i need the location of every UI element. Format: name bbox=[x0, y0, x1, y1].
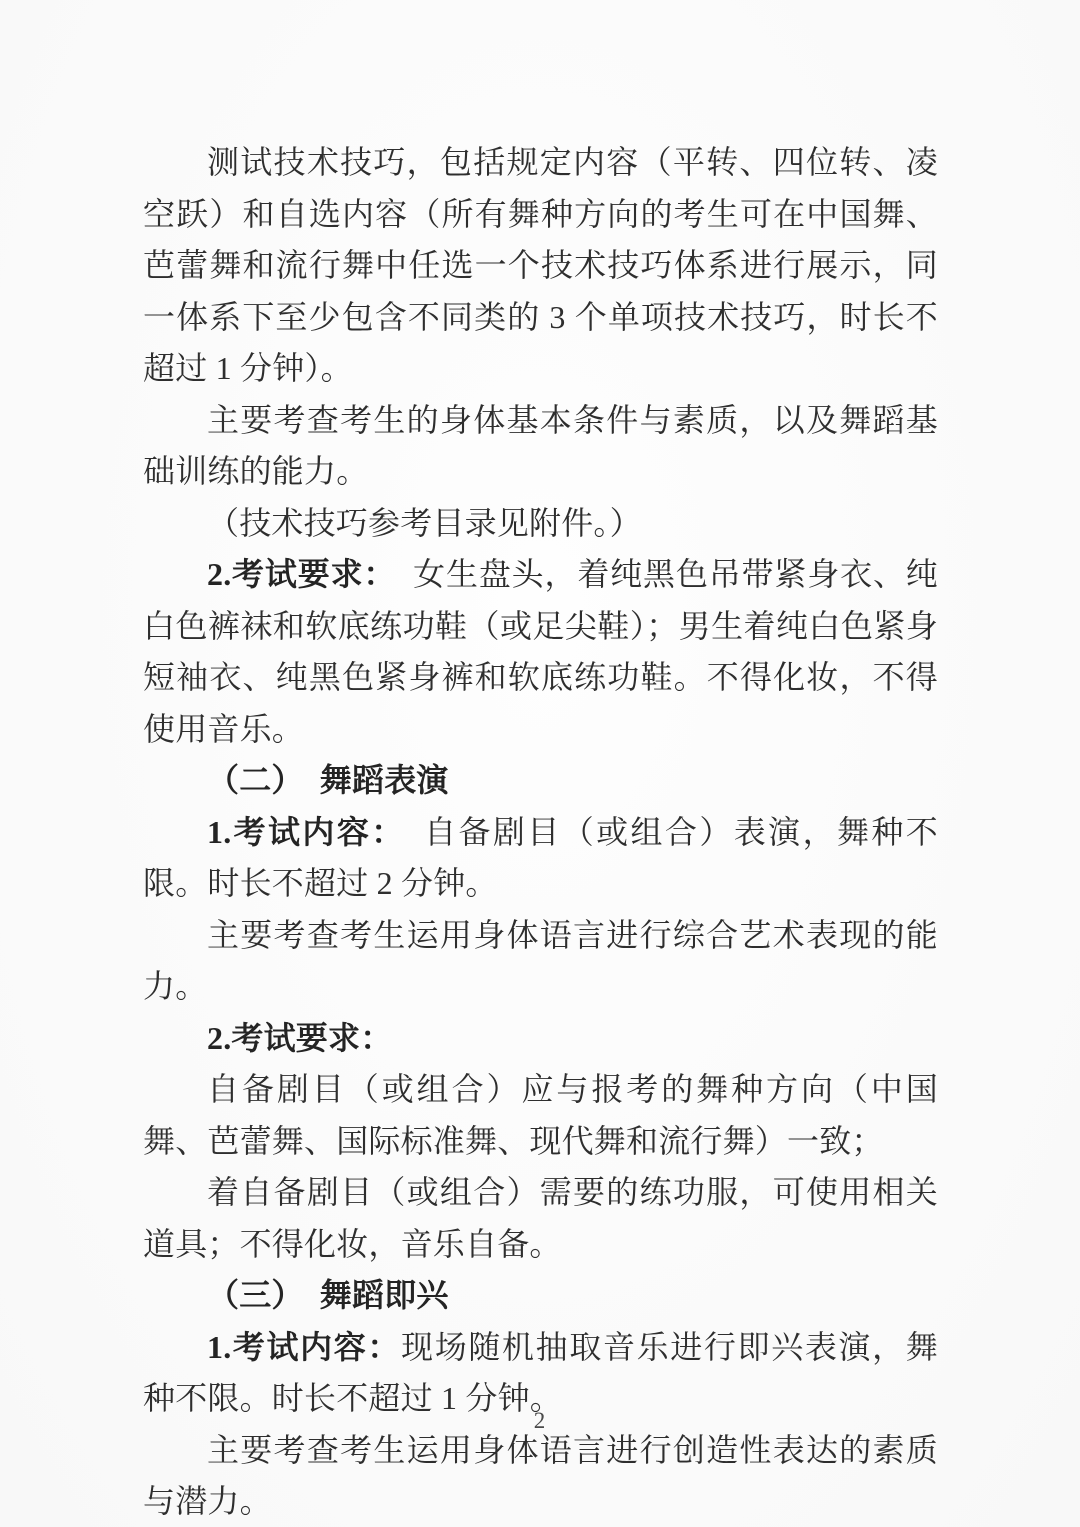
paragraph-text: 主要考查考生的身体基本条件与素质，以及舞蹈基础训练的能力。 bbox=[143, 402, 938, 490]
paragraph: 自备剧目（或组合）应与报考的舞种方向（中国舞、芭蕾舞、国际标准舞、现代舞和流行舞… bbox=[143, 1064, 938, 1167]
paragraph-text: （技术技巧参考目录见附件。） bbox=[207, 505, 642, 541]
paragraph-bold-lead: 1.考试内容： bbox=[207, 814, 390, 850]
paragraph: 主要考查考生的身体基本条件与素质，以及舞蹈基础训练的能力。 bbox=[143, 395, 938, 498]
section-heading: （二） 舞蹈表演 bbox=[143, 755, 938, 807]
section-heading: （三） 舞蹈即兴 bbox=[143, 1270, 938, 1322]
page-number: 2 bbox=[0, 1408, 1080, 1434]
paragraph: 2.考试要求： 女生盘头，着纯黑色吊带紧身衣、纯白色裤袜和软底练功鞋（或足尖鞋）… bbox=[143, 549, 938, 755]
paragraph-bold-lead: （二） 舞蹈表演 bbox=[207, 762, 449, 798]
paragraph-bold-lead: （三） 舞蹈即兴 bbox=[207, 1277, 449, 1313]
paragraph: 着自备剧目（或组合）需要的练功服，可使用相关道具；不得化妆，音乐自备。 bbox=[143, 1167, 938, 1270]
paragraph: 2.考试要求： bbox=[143, 1013, 938, 1065]
paragraph-bold-lead: 2.考试要求： bbox=[207, 1020, 392, 1056]
paragraph-bold-lead: 1.考试内容： bbox=[207, 1329, 401, 1365]
paragraph-text: 着自备剧目（或组合）需要的练功服，可使用相关道具；不得化妆，音乐自备。 bbox=[143, 1174, 938, 1262]
paragraph-text: 测试技术技巧，包括规定内容（平转、四位转、凌空跃）和自选内容（所有舞种方向的考生… bbox=[143, 144, 938, 386]
document-page: 测试技术技巧，包括规定内容（平转、四位转、凌空跃）和自选内容（所有舞种方向的考生… bbox=[0, 0, 1080, 1527]
paragraph-bold-lead: 2.考试要求： bbox=[207, 556, 380, 592]
paragraph: 1.考试内容： 自备剧目（或组合）表演，舞种不限。时长不超过 2 分钟。 bbox=[143, 807, 938, 910]
paragraph: 主要考查考生运用身体语言进行综合艺术表现的能力。 bbox=[143, 910, 938, 1013]
paragraph: （技术技巧参考目录见附件。） bbox=[143, 498, 938, 550]
paragraph-text: 主要考查考生运用身体语言进行创造性表达的素质与潜力。 bbox=[143, 1432, 938, 1520]
paragraph: 主要考查考生运用身体语言进行创造性表达的素质与潜力。 bbox=[143, 1425, 938, 1527]
paragraph-text: 自备剧目（或组合）应与报考的舞种方向（中国舞、芭蕾舞、国际标准舞、现代舞和流行舞… bbox=[143, 1071, 938, 1159]
paragraph: 测试技术技巧，包括规定内容（平转、四位转、凌空跃）和自选内容（所有舞种方向的考生… bbox=[143, 137, 938, 395]
paragraph-text: 主要考查考生运用身体语言进行综合艺术表现的能力。 bbox=[143, 917, 938, 1005]
document-body: 测试技术技巧，包括规定内容（平转、四位转、凌空跃）和自选内容（所有舞种方向的考生… bbox=[143, 137, 938, 1527]
